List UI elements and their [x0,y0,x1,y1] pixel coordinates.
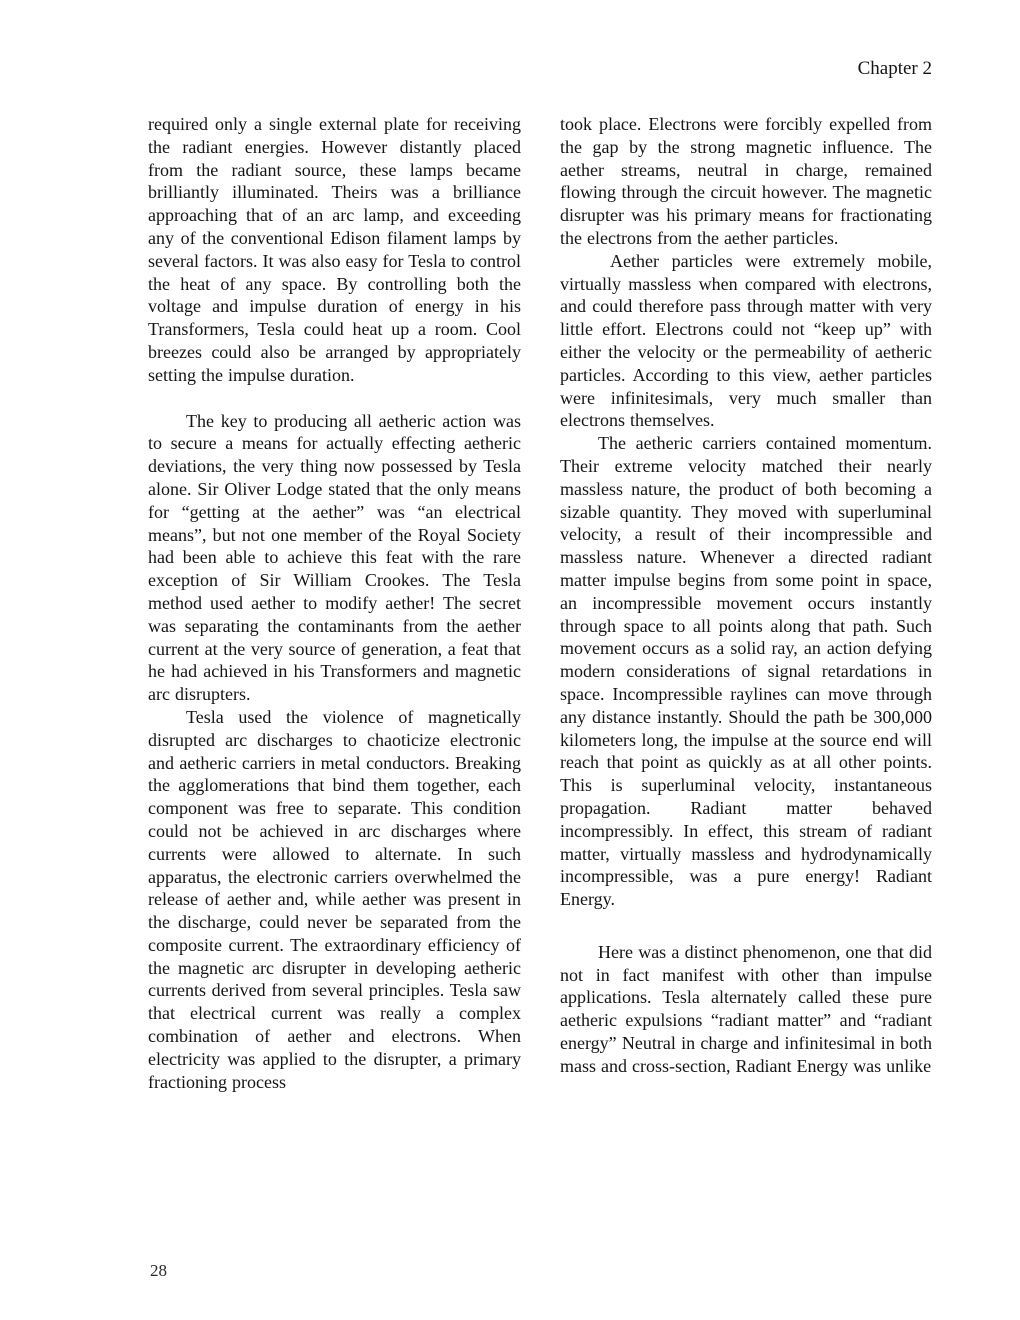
paragraph: took place. Electrons were forcibly expe… [560,113,932,250]
paragraph: The key to producing all aetheric action… [148,410,521,706]
paragraph: Here was a distinct phenomenon, one that… [560,941,932,1078]
right-text-column: took place. Electrons were forcibly expe… [560,113,932,1078]
paragraph: required only a single external plate fo… [148,113,521,387]
book-page: Chapter 2 required only a single externa… [0,0,1020,1320]
paragraph: The aetheric carriers contained momentum… [560,432,932,911]
chapter-header: Chapter 2 [858,57,932,80]
left-text-column: required only a single external plate fo… [148,113,521,1093]
page-number: 28 [150,1261,167,1281]
paragraph: Aether particles were extremely mobile, … [560,250,932,432]
paragraph: Tesla used the violence of magnetically … [148,706,521,1094]
